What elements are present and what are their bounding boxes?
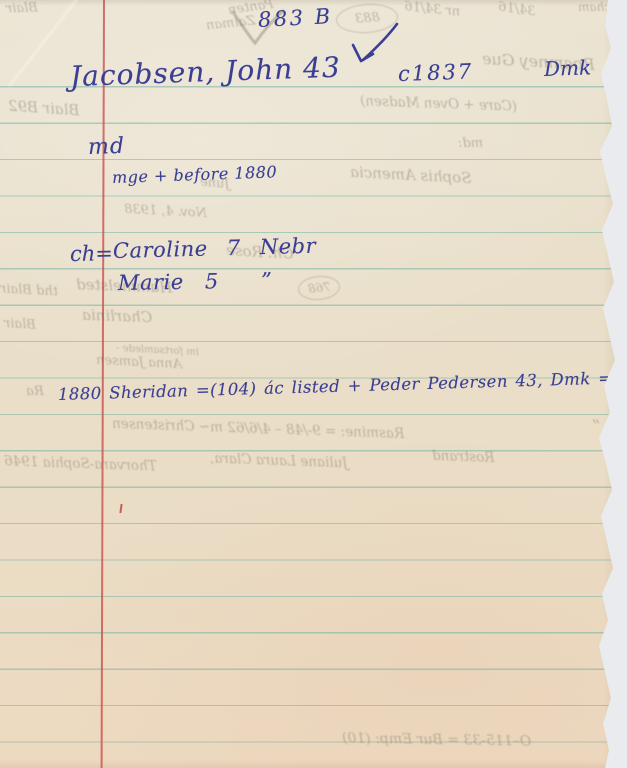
ghost-text-top-left: Blair bbox=[6, 0, 38, 16]
ghost-text-charlinia: Charlinia bbox=[82, 306, 153, 326]
ghost-text-34b: 34/16 bbox=[497, 0, 536, 20]
page-code: 883 B bbox=[257, 4, 333, 32]
ghost-text-echam: Echam bbox=[578, 0, 620, 14]
ghost-text-ra: Ra bbox=[26, 384, 44, 399]
person-birth-year: c1837 bbox=[398, 59, 474, 86]
ghost-text-quote: ” bbox=[592, 416, 600, 435]
marital-status: md bbox=[88, 134, 126, 160]
notebook-paper-sheet: Blair Panten Zaiman nr 34/16 34/16 Echam… bbox=[0, 0, 627, 768]
children-label: ch= bbox=[70, 241, 113, 266]
scanned-document: Blair Panten Zaiman nr 34/16 34/16 Echam… bbox=[0, 0, 627, 768]
ghost-text-md-blair: thd Blair bbox=[0, 281, 58, 299]
ghost-text-blair3: Blair bbox=[4, 316, 37, 333]
person-origin: Dmk bbox=[544, 55, 592, 81]
child-entry-marie: Marie 5 ” bbox=[118, 268, 273, 295]
ghost-text-bottom-code: O–115-33 = Bur Emp: (10) bbox=[342, 730, 531, 749]
ghost-text-md2: md: bbox=[458, 136, 483, 151]
ghost-text-rostrand: Rostrand bbox=[432, 448, 495, 466]
ghost-oval-768-text: 768 bbox=[307, 280, 331, 296]
bottom-edge-shading bbox=[0, 760, 627, 768]
ghost-text-34a: nr 34/16 bbox=[403, 0, 460, 20]
